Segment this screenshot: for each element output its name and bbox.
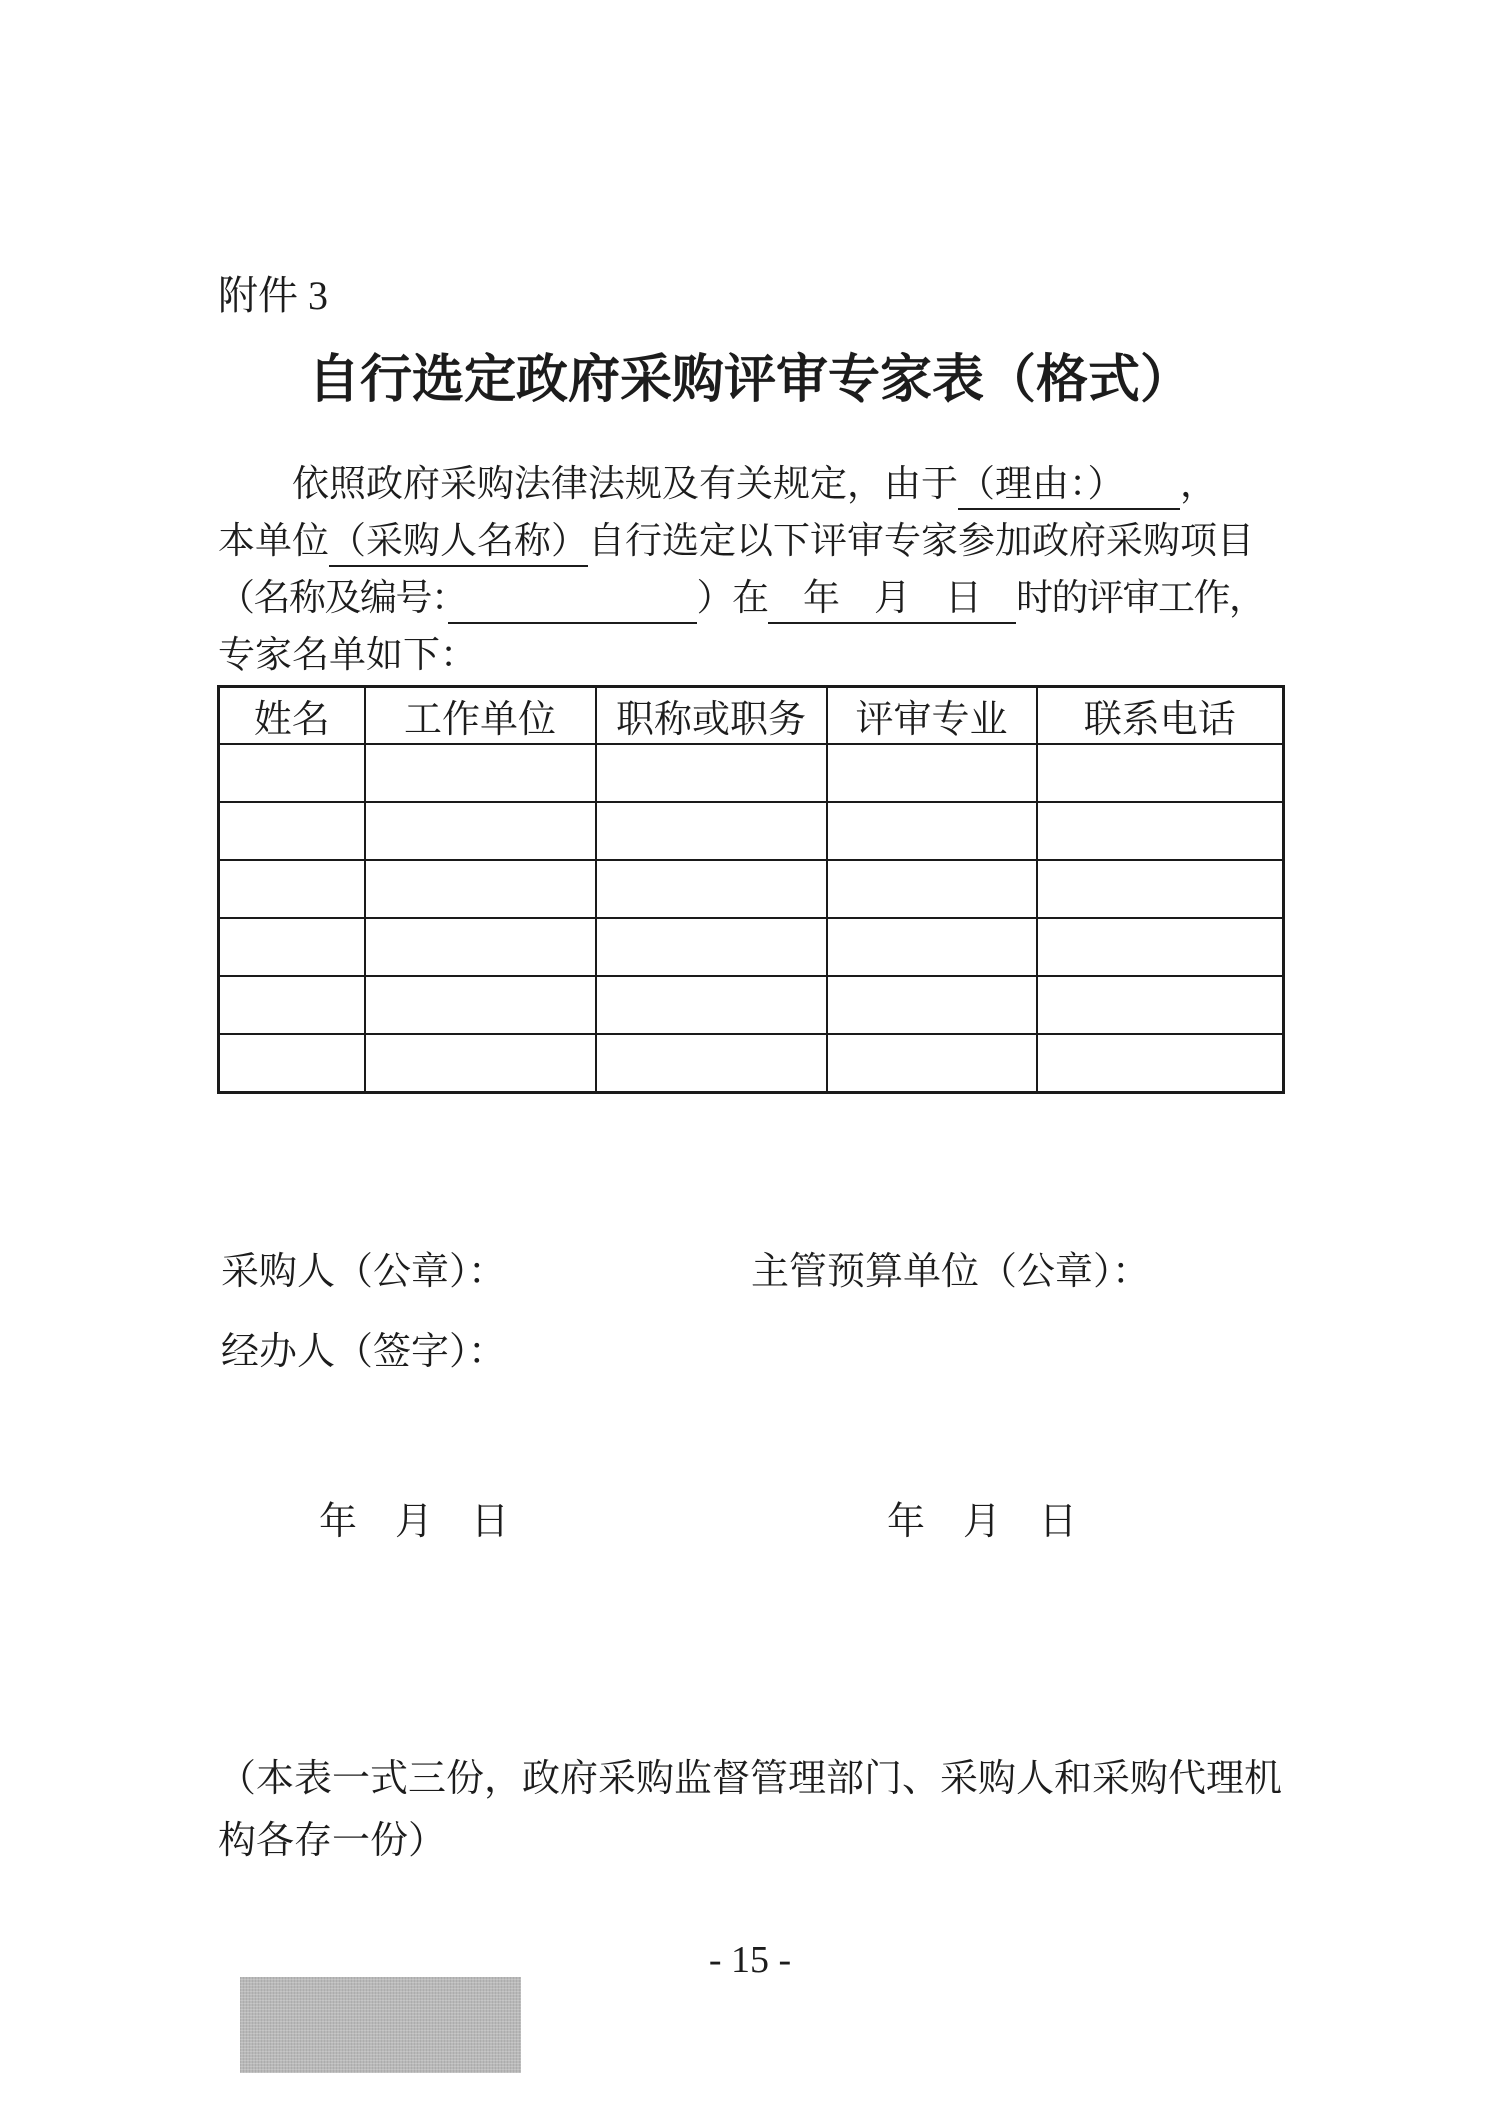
line3-text-mid: ）在 <box>697 578 768 619</box>
line3-text: （名称及编号： <box>218 578 448 619</box>
paragraph-line-4: 专家名单如下： <box>218 627 1328 684</box>
page-number: - 15 - <box>0 1938 1500 1982</box>
table-cell <box>827 744 1037 802</box>
table-cell <box>365 744 596 802</box>
table-row <box>219 744 1284 802</box>
table-cell <box>827 918 1037 976</box>
expert-list-table: 姓名 工作单位 职称或职务 评审专业 联系电话 <box>217 685 1285 1094</box>
table-cell <box>827 1034 1037 1093</box>
expert-table-body <box>219 744 1284 1093</box>
redacted-stamp <box>240 1977 521 2073</box>
purchaser-seal-label: 采购人（公章）： <box>221 1248 506 1296</box>
date-blank-underlined: 年 月 日 <box>768 578 1017 624</box>
date-line-right: 年 月 日 <box>887 1498 1077 1546</box>
page-title: 自行选定政府采购评审专家表（格式） <box>0 350 1500 412</box>
copies-footnote: （本表一式三份，政府采购监督管理部门、采购人和采购代理机 构各存一份） <box>218 1748 1328 1872</box>
table-cell <box>827 860 1037 918</box>
table-cell <box>1037 744 1284 802</box>
budget-unit-seal-label: 主管预算单位（公章）： <box>751 1248 1150 1296</box>
line1-text: 依照政府采购法律法规及有关规定，由于 <box>292 464 958 505</box>
table-cell <box>219 802 365 860</box>
table-row <box>219 976 1284 1034</box>
table-row <box>219 860 1284 918</box>
line3-text-after: 时的评审工作， <box>1016 578 1265 619</box>
intro-paragraph: 依照政府采购法律法规及有关规定，由于（理由：） ， 本单位（采购人名称）自行选定… <box>218 456 1328 684</box>
table-cell <box>827 976 1037 1034</box>
header-title-or-position: 职称或职务 <box>596 687 827 745</box>
table-row <box>219 1034 1284 1093</box>
line2-text-after: 自行选定以下评审专家参加政府采购项目 <box>588 521 1254 562</box>
table-cell <box>1037 1034 1284 1093</box>
header-work-unit: 工作单位 <box>365 687 596 745</box>
date-line-left: 年 月 日 <box>319 1498 509 1546</box>
line2-text: 本单位 <box>218 521 329 562</box>
table-cell <box>1037 860 1284 918</box>
table-cell <box>596 802 827 860</box>
table-cell <box>827 802 1037 860</box>
header-review-specialty: 评审专业 <box>827 687 1037 745</box>
table-cell <box>219 918 365 976</box>
paragraph-line-2: 本单位（采购人名称）自行选定以下评审专家参加政府采购项目 <box>218 513 1328 570</box>
attachment-label: 附件 3 <box>218 272 328 320</box>
table-cell <box>1037 802 1284 860</box>
table-cell <box>365 802 596 860</box>
footnote-line-2: 构各存一份） <box>218 1810 1328 1872</box>
project-name-blank-underlined <box>448 578 697 624</box>
table-cell <box>219 1034 365 1093</box>
table-cell <box>365 860 596 918</box>
table-row <box>219 802 1284 860</box>
handler-signature-label: 经办人（签字）： <box>221 1328 506 1376</box>
table-cell <box>219 744 365 802</box>
paragraph-line-1: 依照政府采购法律法规及有关规定，由于（理由：） ， <box>218 456 1328 513</box>
line4-text: 专家名单如下： <box>218 635 477 676</box>
table-cell <box>219 860 365 918</box>
table-cell <box>1037 918 1284 976</box>
line1-comma: ， <box>1180 464 1217 505</box>
table-cell <box>1037 976 1284 1034</box>
reason-blank-underlined: （理由：） <box>958 464 1180 510</box>
table-header-row: 姓名 工作单位 职称或职务 评审专业 联系电话 <box>219 687 1284 745</box>
footnote-line-1: （本表一式三份，政府采购监督管理部门、采购人和采购代理机 <box>218 1748 1328 1810</box>
table-cell <box>365 976 596 1034</box>
table-row <box>219 918 1284 976</box>
header-name: 姓名 <box>219 687 365 745</box>
table-cell <box>365 918 596 976</box>
table-cell <box>219 976 365 1034</box>
table-cell <box>596 918 827 976</box>
purchaser-name-blank-underlined: （采购人名称） <box>329 521 588 567</box>
table-cell <box>596 1034 827 1093</box>
table-cell <box>596 744 827 802</box>
header-contact-phone: 联系电话 <box>1037 687 1284 745</box>
table-cell <box>596 860 827 918</box>
table-cell <box>365 1034 596 1093</box>
document-page: 附件 3 自行选定政府采购评审专家表（格式） 依照政府采购法律法规及有关规定，由… <box>0 0 1500 2121</box>
table-cell <box>596 976 827 1034</box>
paragraph-line-3: （名称及编号： ）在 年 月 日 时的评审工作， <box>218 570 1328 627</box>
